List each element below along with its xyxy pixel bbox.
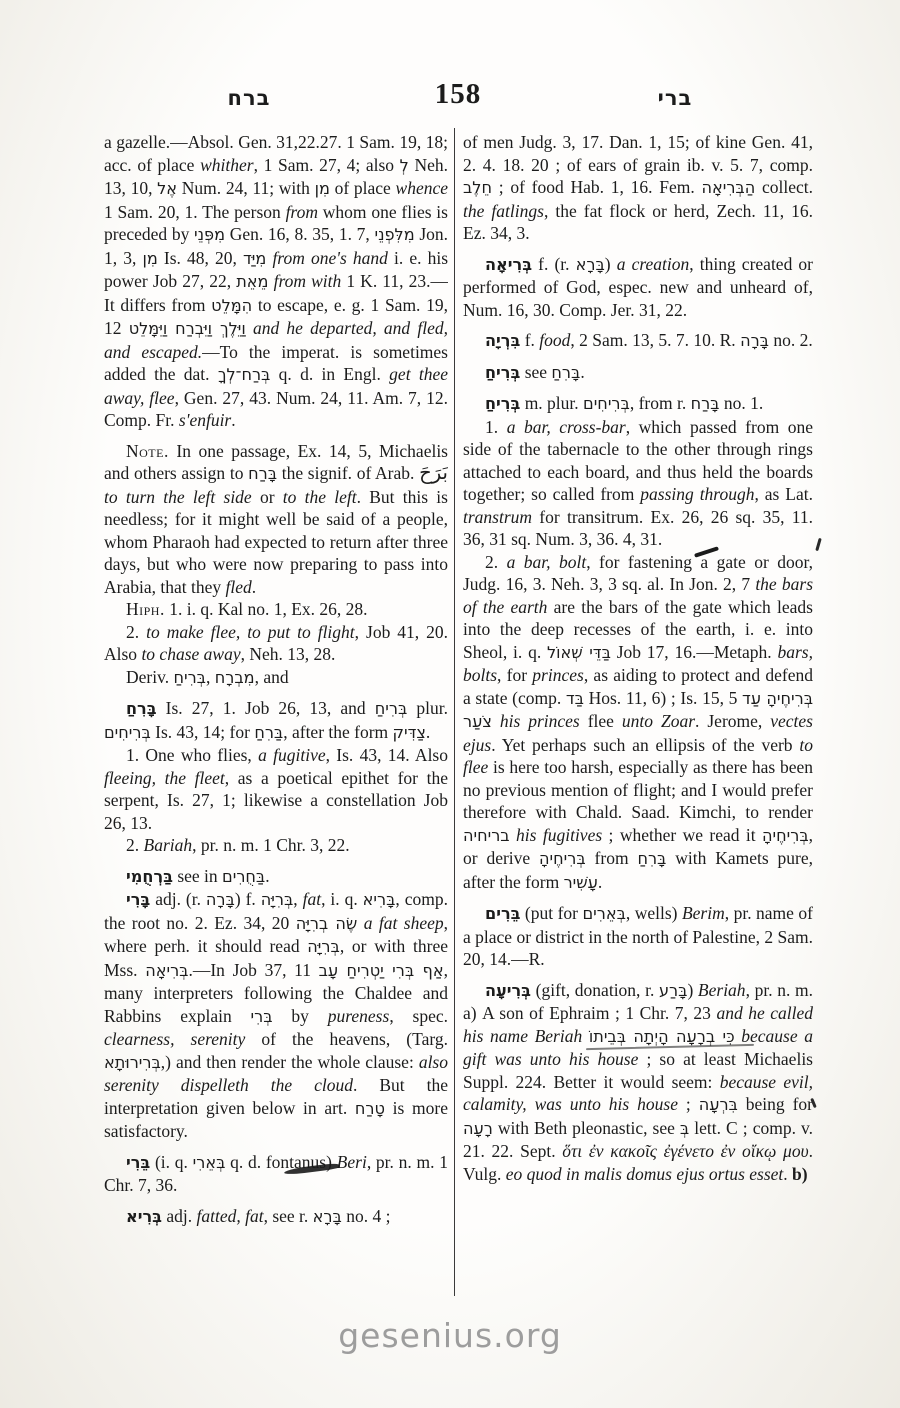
text-run: , xyxy=(293,889,302,909)
entry-headword: בְּרִיחַ xyxy=(485,394,520,413)
text-run: Job 17, 16.—Metaph. xyxy=(611,642,778,662)
text-run: no. 1. xyxy=(719,393,763,413)
hebrew-text: בַּחֻרִים xyxy=(222,867,265,886)
text-run: . xyxy=(783,1164,792,1184)
hebrew-text: בְּרִירוּתָא xyxy=(104,1053,161,1072)
text-run: , 2 Sam. 13, 5. 7. 10. R. xyxy=(570,330,740,350)
text-run: Beri xyxy=(337,1152,367,1172)
paragraph: בְּרִיחַ see בָּרִחַ. xyxy=(463,361,813,385)
text-run: a bar, bolt xyxy=(507,552,587,572)
text-run: of the heavens, (Targ. xyxy=(245,1029,448,1049)
column-right: of men Judg. 3, 17. Dan. 1, 15; of kine … xyxy=(463,131,813,1309)
hebrew-text: בָּרָא xyxy=(313,1207,342,1226)
text-run: 2. xyxy=(126,622,146,642)
hebrew-text: בִּרְעָה xyxy=(699,1095,738,1114)
text-run: Bariah xyxy=(144,835,193,855)
text-run: . xyxy=(231,410,235,430)
text-run: ; xyxy=(678,1094,699,1114)
hebrew-text: בָּרַח xyxy=(691,394,720,413)
text-run: 1. One who flies, xyxy=(126,745,258,765)
text-run: , Neh. 13, 28. xyxy=(241,644,336,664)
hebrew-text: בָּרָה xyxy=(206,890,235,909)
text-run: being for xyxy=(738,1094,813,1114)
text-run: Gen. 16, 8. 35, 1. 7, xyxy=(225,224,374,244)
hebrew-text: בְּרִיָּה xyxy=(261,890,294,909)
text-run: pureness xyxy=(328,1006,390,1026)
hebrew-text: בְּרַח־לְךָ xyxy=(218,365,271,384)
hebrew-text: מִפְּנֵי xyxy=(194,225,225,244)
paragraph: בָּרִחַ Is. 27, 1. Job 26, 13, and בְּרִ… xyxy=(104,697,448,744)
text-run: from xyxy=(286,202,318,222)
hebrew-text: בַּדֵּי שְׁאוֹל xyxy=(547,643,611,662)
paragraph: בְּרִיאָה f. (r. בָּרָא) a creation, thi… xyxy=(463,253,813,322)
entry-headword: בָּרִחַ xyxy=(126,699,157,718)
text-run: adj. (r. xyxy=(150,889,206,909)
hebrew-text: בְּרִיאָה xyxy=(145,961,188,980)
entry-headword: בִּרְיָה xyxy=(485,331,520,350)
text-run: food xyxy=(539,330,570,350)
scanned-page: ברח 158 ברי a gazelle.—Absol. Gen. 31,22… xyxy=(0,0,900,1408)
text-run: , Is. 43, 14. Also xyxy=(326,745,448,765)
text-run: , from r. xyxy=(630,393,691,413)
text-run: ) xyxy=(605,254,617,274)
hebrew-text: בַּרִחַ xyxy=(254,723,283,742)
hebrew-text: בָּרַע xyxy=(659,981,687,1000)
text-run: . xyxy=(598,872,602,892)
text-run: , after the form xyxy=(283,722,392,742)
text-run: from one's hand xyxy=(272,248,387,268)
text-run: fled xyxy=(225,577,251,597)
text-run: princes xyxy=(532,665,584,685)
hebrew-text: כִּי בְרָעָה הָיְתָה בְּבֵיתוֹ xyxy=(589,1027,735,1046)
hebrew-text: בְּרִיָּה xyxy=(307,937,340,956)
text-run: . xyxy=(580,362,584,382)
text-run: a bar, cross-bar xyxy=(507,417,626,437)
text-run: no. 2. xyxy=(769,330,813,350)
text-run: of place xyxy=(330,178,396,198)
text-run: ) xyxy=(687,980,697,1000)
hebrew-text: אַף בְּרִי יַטְרִיחַ עָב xyxy=(319,961,444,980)
text-run: transtrum xyxy=(463,507,532,527)
text-run: 1. i. q. Kal no. 1, Ex. 26, 28. xyxy=(165,599,368,619)
text-run: see in xyxy=(173,866,222,886)
text-run: , see r. xyxy=(264,1206,313,1226)
text-run: , xyxy=(206,667,215,687)
text-run: by xyxy=(273,1006,328,1026)
hebrew-text: הִמָּלֵט xyxy=(211,296,252,315)
hebrew-text: בְּאֵרִים xyxy=(582,904,625,923)
hebrew-text: מִיַּד xyxy=(243,249,266,268)
hebrew-text: בָּרַח xyxy=(248,464,277,483)
column-divider-rule xyxy=(454,128,455,1296)
entry-headword: בְּרִיחַ xyxy=(485,363,520,382)
hebrew-text: בְּרִי xyxy=(251,1007,273,1026)
text-run: , 1 Sam. 27, 4; also xyxy=(254,155,400,175)
hebrew-text: הַבְּרִיאָה xyxy=(701,178,755,197)
entry-headword: בַּרְחֻמִי xyxy=(126,867,173,886)
text-run: 2. xyxy=(126,835,144,855)
hebrew-text: רָעָה xyxy=(463,1119,493,1138)
text-run: , pr. n. m. 1 Chr. 3, 22. xyxy=(192,835,350,855)
text-run: his fugitives xyxy=(516,825,602,845)
text-run: Beriah xyxy=(698,980,746,1000)
hebrew-text: בְּרִיחֶיהָ xyxy=(539,849,586,868)
text-run: to turn the left side xyxy=(104,487,252,507)
paragraph: 2. to make flee, to put to flight, Job 4… xyxy=(104,621,448,666)
text-run: Hos. 11, 6) ; Is. 15, 5 xyxy=(584,688,742,708)
text-run: to the left xyxy=(283,487,357,507)
text-run: . xyxy=(252,577,256,597)
text-run: Hiph. xyxy=(126,599,165,619)
paragraph: Deriv. בְּרִיחַ, מִבְרָח, and xyxy=(104,666,448,690)
hebrew-text: מֵאֵת xyxy=(236,272,268,291)
hebrew-text: בְּ xyxy=(680,1119,689,1138)
text-run: unto Zoar xyxy=(622,711,695,731)
hebrew-text: עָשִׁיר xyxy=(564,873,598,892)
text-run xyxy=(492,711,500,731)
text-run: m. plur. xyxy=(520,393,583,413)
watermark: gesenius.org xyxy=(0,1316,900,1355)
text-run: Num. 24, 11; with xyxy=(177,178,315,198)
entry-headword: בֵּרִים xyxy=(485,904,520,923)
text-run: whence xyxy=(396,178,448,198)
text-run: ; of food Hab. 1, 16. Fem. xyxy=(492,177,701,197)
text-run: , as Lat. xyxy=(754,484,813,504)
text-run: flee xyxy=(580,711,622,731)
entry-headword: בֵּרִי xyxy=(126,1153,150,1172)
paragraph: 1. a bar, cross-bar, which passed from o… xyxy=(463,416,813,551)
text-run: f. xyxy=(520,330,539,350)
text-run: eo quod in malis domus ejus ortus esset xyxy=(506,1164,784,1184)
hebrew-text: בְּרִיחַ xyxy=(375,699,408,718)
text-run: a fugitive xyxy=(258,745,326,765)
text-run: from with xyxy=(274,271,342,291)
text-run: is here too harsh, especially as there h… xyxy=(463,757,813,822)
paragraph: בֵּרִי (i. q. בְּאֵרִי q. d. fontanus) B… xyxy=(104,1151,448,1197)
text-run: from xyxy=(586,848,638,868)
paragraph: בְּרִיעָה (gift, donation, r. בָּרַע) Be… xyxy=(463,979,813,1186)
hebrew-text: טָרַח xyxy=(355,1099,385,1118)
text-run: (i. q. xyxy=(150,1152,192,1172)
paragraph: 1. One who flies, a fugitive, Is. 43, 14… xyxy=(104,744,448,834)
text-run: passing through xyxy=(640,484,754,504)
text-run: plur. xyxy=(407,698,448,718)
hebrew-text: מִן xyxy=(142,249,157,268)
text-run: or xyxy=(252,487,283,507)
text-run: , for xyxy=(497,665,532,685)
hebrew-text: בָּרָה xyxy=(740,331,769,350)
text-run: ; whether we read it xyxy=(602,825,762,845)
text-run: adj. xyxy=(162,1206,197,1226)
hebrew-text: בְּרִיחִים xyxy=(583,394,630,413)
text-run: . Yet perhaps such an ellipsis of the ve… xyxy=(491,735,799,755)
text-run: the signif. of Arab. xyxy=(277,463,419,483)
text-run: fat xyxy=(303,889,321,909)
text-run: (gift, donation, r. xyxy=(531,980,659,1000)
paragraph: בְּרִיחַ m. plur. בְּרִיחִים, from r. בָ… xyxy=(463,392,813,416)
text-run: Is. 48, 20, xyxy=(158,248,243,268)
running-head-right-word: ברי xyxy=(530,86,820,110)
text-run: Deriv. xyxy=(126,667,173,687)
hebrew-text: בָּרִחַ xyxy=(551,363,580,382)
text-run: . xyxy=(426,722,430,742)
entry-headword: בְּרִיעָה xyxy=(485,981,531,1000)
text-run: whither xyxy=(200,155,253,175)
text-run: see xyxy=(520,362,551,382)
text-run: 1 Sam. 20, 1. The person xyxy=(104,202,286,222)
text-run: a fat sheep xyxy=(364,913,444,933)
hebrew-text: מִבְרָח xyxy=(215,668,255,687)
running-head: ברח 158 ברי xyxy=(0,78,900,120)
text-run: no. 4 ; xyxy=(342,1206,391,1226)
hebrew-text: בְּאֵרִי xyxy=(193,1153,226,1172)
paragraph: a gazelle.—Absol. Gen. 31,22.27. 1 Sam. … xyxy=(104,131,448,432)
text-run: f. (r. xyxy=(532,254,576,274)
text-run: a creation xyxy=(617,254,690,274)
hebrew-text: בְּרִיחִים xyxy=(104,723,151,742)
text-run: 1. xyxy=(485,417,507,437)
paragraph: 2. Bariah, pr. n. m. 1 Chr. 3, 22. xyxy=(104,834,448,857)
entry-headword: בְּרִיא xyxy=(126,1207,162,1226)
arabic-text: بَرَحَ xyxy=(419,461,448,484)
text-run: Is. 43, 14; for xyxy=(151,722,255,742)
hebrew-text: צַדִּיק xyxy=(393,723,426,742)
text-run: , wells) xyxy=(626,903,682,923)
text-run: ,) and then render the whole clause: xyxy=(161,1052,419,1072)
hebrew-text: בָּרִיא xyxy=(363,890,396,909)
paragraph: בִּרְיָה f. food, 2 Sam. 13, 5. 7. 10. R… xyxy=(463,329,813,353)
paragraph: Hiph. 1. i. q. Kal no. 1, Ex. 26, 28. xyxy=(104,598,448,621)
hebrew-text: חֵלֶב xyxy=(463,178,492,197)
text-run: ) f. xyxy=(235,889,261,909)
text-run: clearness, serenity xyxy=(104,1029,245,1049)
paragraph: בַּרְחֻמִי see in בַּחֻרִים. xyxy=(104,865,448,889)
hebrew-text: וַיֵּלֶךְ וַיִּבְרַח וַיִּמָּלֵט xyxy=(129,319,246,338)
hebrew-text: מִן xyxy=(315,179,330,198)
text-run: (put for xyxy=(520,903,582,923)
hebrew-text: שֶׂה בְרִיָּה xyxy=(296,914,358,933)
text-run: to make flee, to put to flight xyxy=(146,622,355,642)
hebrew-text: בָּרָא xyxy=(576,255,605,274)
text-run: Is. 27, 1. Job 26, 13, and xyxy=(157,698,375,718)
text-run: the fatlings xyxy=(463,201,544,221)
hebrew-text: מִלִּפְנֵי xyxy=(374,225,414,244)
paragraph: of men Judg. 3, 17. Dan. 1, 15; of kine … xyxy=(463,131,813,245)
entry-headword: בְּרִיאָה xyxy=(485,255,532,274)
text-run xyxy=(246,318,253,338)
hebrew-text: בָּרִחַ xyxy=(637,849,666,868)
paragraph: 2. a bar, bolt, for fastening a gate or … xyxy=(463,551,813,895)
hebrew-text: בַּד xyxy=(566,689,584,708)
text-run: collect. xyxy=(755,177,813,197)
text-run: s'enfuir xyxy=(179,410,231,430)
text-run: of men Judg. 3, 17. Dan. 1, 15; of kine … xyxy=(463,132,813,175)
hebrew-text: בְּרִיחַ xyxy=(173,668,206,687)
hebrew-text: אֶל xyxy=(157,179,177,198)
paragraph: בָּרִי adj. (r. בָּרָה) f. בְּרִיָּה, fa… xyxy=(104,888,448,1143)
text-run: . Jerome, xyxy=(695,711,770,731)
text-run: fleeing, the fleet xyxy=(104,768,225,788)
text-run: with Beth pleonastic, see xyxy=(493,1118,680,1138)
paragraph: Note. In one passage, Ex. 14, 5, Michael… xyxy=(104,440,448,599)
text-run: to chase away xyxy=(141,644,240,664)
text-run: 2. xyxy=(485,552,507,572)
paragraph: בֵּרִים (put for בְּאֵרִים, wells) Berim… xyxy=(463,902,813,971)
text-run: b) xyxy=(792,1164,808,1184)
scan-mark xyxy=(815,538,821,551)
hebrew-text: בריחיה xyxy=(463,826,510,845)
hebrew-text: בְּרִיחֶיהָ xyxy=(762,826,809,845)
text-run: , i. q. xyxy=(321,889,363,909)
greek-text: ὅτι ἐν κακοῖς ἐγένετο ἐν οἴκῳ μου xyxy=(562,1141,808,1161)
text-run: .—In Job 37, 11 xyxy=(188,960,318,980)
text-run xyxy=(582,1026,589,1046)
hebrew-text: לְ xyxy=(400,156,409,175)
text-run: , and xyxy=(255,667,289,687)
text-run: q. d. in Engl. xyxy=(270,364,389,384)
column-left: a gazelle.—Absol. Gen. 31,22.27. 1 Sam. … xyxy=(104,131,448,1309)
text-run: , spec. xyxy=(389,1006,448,1026)
entry-headword: בָּרִי xyxy=(126,890,150,909)
text-run: . xyxy=(265,866,269,886)
text-run: Note. xyxy=(126,441,169,461)
text-run: his princes xyxy=(500,711,580,731)
paragraph: בְּרִיא adj. fatted, fat, see r. בָּרָא … xyxy=(104,1205,448,1229)
text-run: Berim xyxy=(682,903,725,923)
text-run: fatted, fat xyxy=(196,1206,263,1226)
